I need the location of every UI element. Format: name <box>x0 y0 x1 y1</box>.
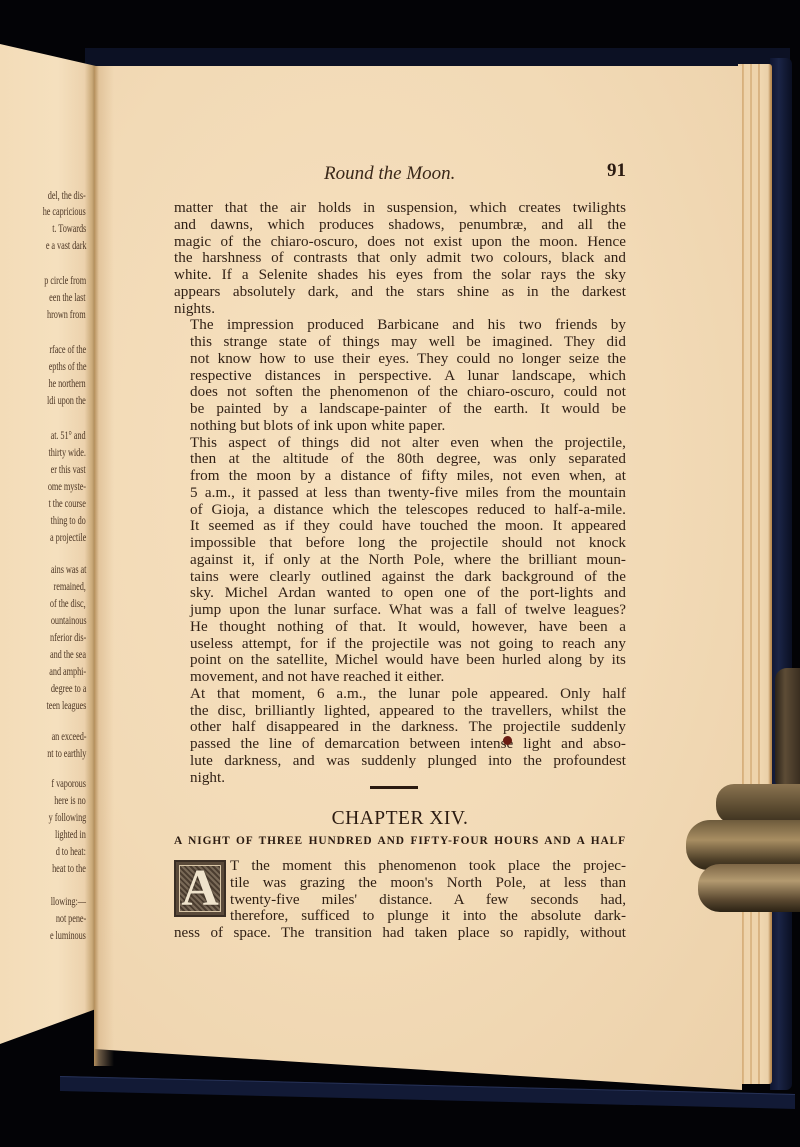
left-page-text-fragment: p circle from <box>44 275 86 287</box>
bookend-figure <box>775 668 800 788</box>
left-page-text-fragment: ains was at <box>50 564 86 576</box>
left-page-text-fragment: he capricious <box>43 206 86 218</box>
left-facing-page: del, the dis-he capricioust. Towardse a … <box>0 44 96 1064</box>
text-line: impossible that before long the projecti… <box>174 535 626 552</box>
ink-stain <box>503 736 512 745</box>
text-line: tains were clearly outlined against the … <box>174 569 626 586</box>
text-line: white. If a Selenite shades his eyes fro… <box>174 267 626 284</box>
paragraph: This aspect of things did not alter even… <box>174 435 626 686</box>
left-page-text-fragment: of the disc, <box>50 598 86 610</box>
text-line: This aspect of things did not alter even… <box>174 435 626 452</box>
left-page-text-fragment: nferior dis- <box>50 632 86 644</box>
running-title: Round the Moon. <box>324 163 455 185</box>
text-line: The impression produced Barbicane and hi… <box>174 317 626 334</box>
chapter-continuation-text: ness of space. The transition had taken … <box>174 925 626 942</box>
text-line: lute darkness, and was suddenly plunged … <box>174 753 626 770</box>
left-page-text-fragment: thing to do <box>51 515 86 527</box>
text-line: magic of the chiaro-oscuro, does not exi… <box>174 234 626 251</box>
brass-bookend-base <box>686 784 800 934</box>
text-line: other half disappeared in the darkness. … <box>174 719 626 736</box>
text-line: nights. <box>174 301 626 318</box>
text-line: the disc, brilliantly lighted, appeared … <box>174 703 626 720</box>
text-line: nothing but blots of ink upon white pape… <box>174 418 626 435</box>
left-page-text-fragment: remained, <box>54 581 86 593</box>
text-line: appears absolutely dark, and the stars s… <box>174 284 626 301</box>
text-line: movement, and not have reached it either… <box>174 669 626 686</box>
left-page-text-fragment: t. Towards <box>52 223 86 235</box>
left-page-text-fragment: an exceed- <box>51 731 86 743</box>
text-line: against it, if only at the North Pole, w… <box>174 552 626 569</box>
left-page-text-fragment: d to heat: <box>56 846 86 858</box>
left-page-text-fragment: here is no <box>55 795 86 807</box>
left-page-text-fragment: y following <box>48 812 86 824</box>
paragraph: At that moment, 6 a.m., the lunar pole a… <box>174 686 626 787</box>
text-line: useless attempt, for if the projectile w… <box>174 636 626 653</box>
ornamental-drop-cap: A <box>174 860 226 917</box>
left-page-text-fragment: ome myste- <box>48 481 86 493</box>
text-line: tile was grazing the moon's North Pole, … <box>230 875 626 892</box>
gutter-shadow <box>94 66 114 1066</box>
left-page-text-fragment: e luminous <box>50 930 86 942</box>
text-line: night. <box>174 770 626 787</box>
left-page-text-fragment: ldi upon the <box>47 395 86 407</box>
text-line: does not soften the phenomenon of the ch… <box>174 384 626 401</box>
left-page-text-fragment: and amphi- <box>49 666 86 678</box>
running-head: Round the Moon. 91 <box>174 163 626 187</box>
left-page-text-fragment: at. 51° and <box>51 430 86 442</box>
text-line: from the moon by a distance of fifty mil… <box>174 468 626 485</box>
left-page-text-fragment: heat to the <box>52 863 86 875</box>
left-page-text-fragment: een the last <box>50 292 86 304</box>
book-cover-top-edge <box>85 48 790 69</box>
left-page-text-fragment: teen leagues <box>46 700 86 712</box>
text-line: be painted by a landscape-painter of the… <box>174 401 626 418</box>
chapter-subtitle: A NIGHT OF THREE HUNDRED AND FIFTY-FOUR … <box>174 835 626 847</box>
text-line: matter that the air holds in suspension,… <box>174 200 626 217</box>
text-line: passed the line of demarcation between i… <box>174 736 626 753</box>
text-line: then at the altitude of the 80th degree,… <box>174 451 626 468</box>
left-page-text-fragment: thirty wide. <box>49 447 86 459</box>
bookend-tier-bottom <box>698 864 800 912</box>
text-line: It seemed as if they could have touched … <box>174 518 626 535</box>
section-divider-rule <box>370 786 418 789</box>
text-line: T the moment this phenomenon took place … <box>230 858 626 875</box>
text-line: therefore, sufficed to plunge it into th… <box>230 908 626 925</box>
left-page-text-fragment: a projectile <box>50 532 86 544</box>
text-line: this strange state of things may well be… <box>174 334 626 351</box>
book-cover-right-edge <box>770 58 792 1090</box>
bookend-tier-top <box>716 784 800 824</box>
text-line: jump upon the lunar surface. What was a … <box>174 602 626 619</box>
left-page-text-fragment: e a vast dark <box>45 240 86 252</box>
left-page-text-fragment: t the course <box>49 498 86 510</box>
bookend-tier-middle <box>686 820 800 870</box>
left-page-text-fragment: del, the dis- <box>48 190 86 202</box>
left-page-text-fragment: and the sea <box>50 649 86 661</box>
chapter-heading: CHAPTER XIV. <box>174 808 626 830</box>
text-line: At that moment, 6 a.m., the lunar pole a… <box>174 686 626 703</box>
text-line: sky. Michel Ardan wanted to open one of … <box>174 585 626 602</box>
drop-cap-letter: A <box>181 863 219 915</box>
text-line: ness of space. The transition had taken … <box>174 925 626 942</box>
chapter-opening-text: T the moment this phenomenon took place … <box>230 858 626 925</box>
paragraph: The impression produced Barbicane and hi… <box>174 317 626 434</box>
left-page-text-fragment: epths of the <box>48 361 86 373</box>
left-page-text-fragment: ountainous <box>50 615 86 627</box>
text-line: not know how to use their eyes. They cou… <box>174 351 626 368</box>
text-line: respective distances in perspective. A l… <box>174 368 626 385</box>
text-line: twenty-five miles' distance. A few secon… <box>230 892 626 909</box>
page-number: 91 <box>607 160 626 182</box>
body-text: matter that the air holds in suspension,… <box>174 200 626 786</box>
left-page-text-fragment: lighted in <box>55 829 86 841</box>
left-page-text-fragment: not pene- <box>56 913 86 925</box>
text-line: and dawns, which produces shadows, penum… <box>174 217 626 234</box>
text-line: of Gioja, a distance which the telescope… <box>174 502 626 519</box>
text-line: He thought nothing of that. It would, ho… <box>174 619 626 636</box>
left-page-text-fragment: degree to a <box>50 683 86 695</box>
left-page-text-fragment: llowing:— <box>51 896 86 908</box>
left-page-text-fragment: hrown from <box>47 309 86 321</box>
left-page-text-fragment: he northern <box>49 378 86 390</box>
text-line: point on the satellite, Michel would hav… <box>174 652 626 669</box>
left-page-text-fragment: nt to earthly <box>47 748 86 760</box>
paragraph: matter that the air holds in suspension,… <box>174 200 626 317</box>
text-line: the harshness of contrasts that only adm… <box>174 250 626 267</box>
left-page-text-fragment: f vaporous <box>52 778 86 790</box>
text-line: 5 a.m., it passed at less than twenty-fi… <box>174 485 626 502</box>
left-page-text-fragment: rface of the <box>49 344 86 356</box>
left-page-text-fragment: er this vast <box>51 464 86 476</box>
